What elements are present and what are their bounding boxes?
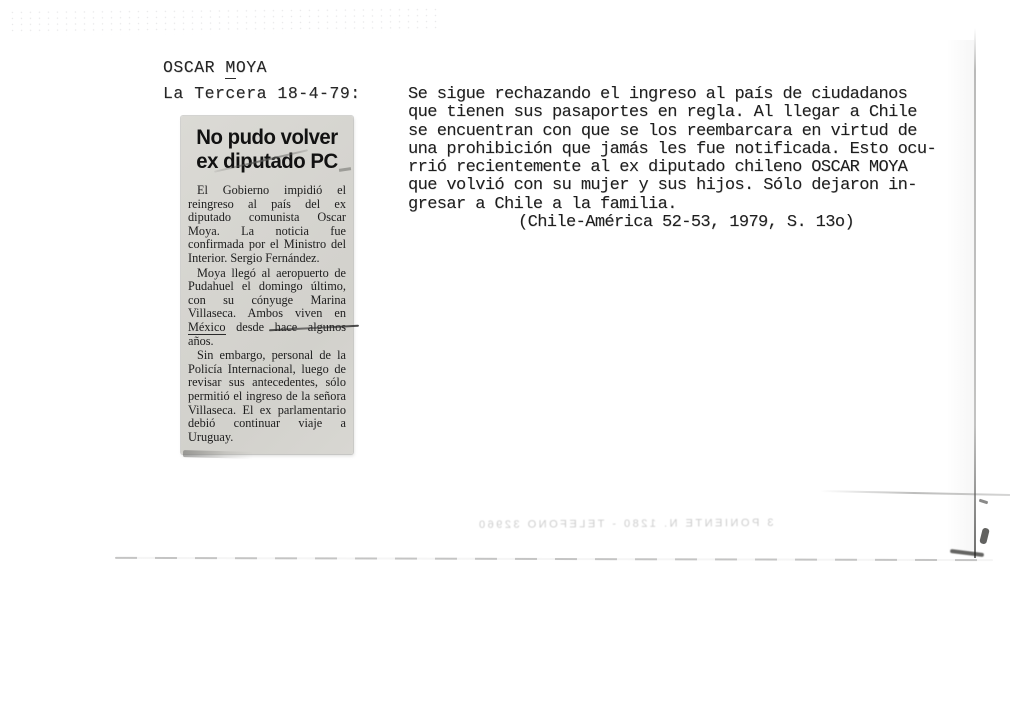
paper-edge-shading (946, 40, 974, 550)
clipping-paragraph-2-text: Moya llegó al aeropuerto de Pudahuel el … (188, 266, 346, 321)
clipping-paragraph-3: Sin embargo, personal de la Policía Inte… (188, 349, 346, 444)
typed-citation: (Chile-América 52-53, 1979, S. 13o) (408, 214, 973, 232)
heading-name: OSCAR MOYA (163, 58, 361, 77)
paper-crease-line (820, 490, 1010, 495)
scan-noise-speckles (8, 6, 438, 35)
clipping-body: El Gobierno impidió el reingreso al país… (181, 180, 353, 451)
heading-source-line: La Tercera 18-4-79: (163, 84, 361, 103)
typed-note-lines: Se sigue rechazando el ingreso al país d… (408, 86, 973, 214)
paper-bottom-edge (115, 557, 993, 561)
heading-name-suffix: OYA (236, 58, 267, 77)
mirrored-bleed-through-text: 3 PONIENTE N. 1280 - TELEFONO 32960 (430, 517, 820, 532)
clipping-headline: No pudo volver ex diputado PC (184, 116, 351, 180)
clipping-paragraph-1: El Gobierno impidió el reingreso al país… (188, 184, 346, 266)
clipping-torn-bottom-edge (183, 450, 253, 459)
heading-name-prefix: OSCAR (163, 58, 225, 77)
clipping-headline-line1: No pudo volver (187, 126, 346, 150)
heading-name-underlined-letter: M (225, 58, 235, 79)
document-heading: OSCAR MOYA La Tercera 18-4-79: (163, 58, 361, 103)
typed-note: Se sigue rechazando el ingreso al país d… (408, 86, 973, 232)
corner-fold-mark (979, 499, 988, 505)
corner-fold-mark (950, 549, 984, 557)
clipping-headline-line2: ex diputado PC (187, 150, 346, 174)
newspaper-clipping: No pudo volver ex diputado PC El Gobiern… (181, 116, 353, 454)
clipping-paragraph-2: Moya llegó al aeropuerto de Pudahuel el … (188, 267, 346, 349)
scanned-document-page: OSCAR MOYA La Tercera 18-4-79: No pudo v… (0, 0, 1012, 717)
corner-fold-mark (979, 527, 990, 544)
paper-right-edge (974, 28, 976, 558)
